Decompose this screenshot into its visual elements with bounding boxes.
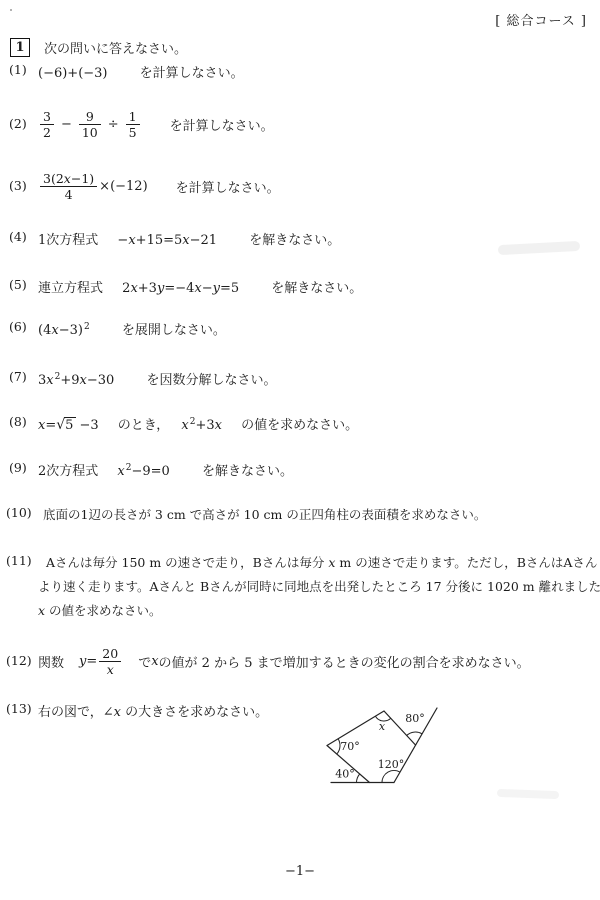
problem-8-instruction: の値を求めなさい。: [241, 418, 358, 433]
problem-7-instruction: を因数分解しなさい。: [146, 373, 276, 388]
problem-13-text-b: の大きさを求めなさい。: [121, 705, 268, 720]
problem-12-equation: y=: [79, 654, 97, 669]
variable-x: x: [114, 705, 121, 720]
exam-page: [ 総合コース ] 1 次の問いに答えなさい。 (1) (−6)+(−3) を計…: [0, 0, 600, 900]
problem-9-instruction: を解きなさい。: [202, 464, 293, 479]
figure-angle-x-label: x: [379, 720, 386, 733]
figure-edge-lower-left: [327, 746, 370, 783]
problem-6-number: (6): [9, 319, 27, 334]
problem-3-number: (3): [9, 178, 27, 193]
problem-8-expression-c: x: [181, 418, 188, 433]
fraction: 3(2x−1) 4: [40, 171, 97, 202]
problem-2-instruction: を計算しなさい。: [170, 115, 274, 134]
problem-12-tail: で: [138, 652, 151, 671]
problem-9-lead: 2次方程式: [38, 464, 98, 479]
problem-9-equation-b: −9=0: [132, 464, 170, 479]
problem-11-number: (11): [6, 553, 32, 568]
figure-edge-left-top: [327, 711, 416, 746]
arc-angle-70: [337, 739, 340, 754]
problem-8-expression-b: −3: [79, 418, 98, 433]
problem-3-instruction: を計算しなさい。: [176, 177, 280, 196]
problem-4-lead: 1次方程式: [38, 233, 98, 248]
problem-10-number: (10): [6, 505, 32, 520]
scan-artifact: [498, 241, 580, 255]
course-label: [ 総合コース ]: [495, 10, 587, 29]
fraction: 3 2: [40, 109, 54, 140]
radical-sign: √: [56, 417, 64, 433]
divide-operator: ÷: [108, 117, 119, 132]
problem-7-expression: 3x: [38, 373, 54, 388]
figure-rising-line: [394, 708, 437, 783]
problem-9-number: (9): [9, 460, 27, 475]
fraction: 20 x: [99, 646, 121, 677]
arc-angle-80: [407, 732, 422, 735]
problem-11-line3: の値を求めなさい。: [45, 603, 161, 618]
variable-x: x: [38, 603, 45, 618]
arc-angle-120: [382, 770, 400, 782]
problem-6-instruction: を展開しなさい。: [122, 323, 226, 338]
problem-5-number: (5): [9, 277, 27, 292]
variable-x: x: [151, 654, 158, 669]
problem-13-number: (13): [6, 701, 32, 716]
problem-3-multiplier: ×(−12): [99, 179, 147, 194]
scan-speck: [10, 9, 12, 11]
problem-4-number: (4): [9, 229, 27, 244]
problem-9-equation: x: [117, 464, 124, 479]
radicand: 5: [64, 417, 76, 433]
problem-13-text: 右の図で，∠: [38, 705, 114, 720]
fraction: 1 5: [126, 109, 140, 140]
page-number: −1−: [0, 864, 600, 879]
problem-8-expression: x=: [38, 418, 56, 433]
problem-8-middle-text: のとき，: [118, 418, 169, 433]
problem-8-expression-d: +3x: [195, 418, 222, 433]
problem-4-equation: −x+15=5x−21: [117, 233, 217, 248]
problem-7-number: (7): [9, 369, 27, 384]
fraction: 9 10: [79, 109, 101, 140]
problem-12-tail-b: の値が 2 から 5 まで増加するときの変化の割合を求めなさい。: [159, 652, 530, 671]
figure-angle-80-label: 80°: [405, 712, 425, 725]
problem-4-instruction: を解きなさい。: [249, 233, 340, 248]
problem-12-number: (12): [6, 653, 32, 668]
problem-5-equation: 2x+3y=−4x−y=5: [122, 281, 239, 296]
problem-7-expression-b: +9x−30: [60, 373, 114, 388]
problem-11-line1b: m の速さで走ります。ただし，BさんはAさん: [335, 555, 597, 570]
problem-8-number: (8): [9, 414, 27, 429]
figure-angle-120-label: 120°: [378, 758, 405, 771]
figure-angle-40-label: 40°: [335, 768, 355, 781]
problem-11-line1: Aさんは毎分 150 m の速さで走り，Bさんは毎分: [46, 555, 328, 570]
figure-angle-70-label: 70°: [340, 740, 360, 753]
problem-1-instruction: を計算しなさい。: [140, 66, 244, 81]
arc-angle-40: [357, 774, 360, 783]
section-number-box: 1: [10, 38, 30, 57]
problem-10-text: 底面の1辺の長さが 3 cm で高さが 10 cm の正四角柱の表面積を求めなさ…: [43, 505, 486, 523]
problem-5-lead: 連立方程式: [38, 281, 103, 296]
problem-12-lead: 関数: [38, 652, 64, 671]
problem-5-instruction: を解きなさい。: [271, 281, 362, 296]
scan-artifact: [497, 789, 559, 799]
problem-11-line2: より速く走ります。Aさんと Bさんが同時に同地点を出発したところ 17 分後に …: [38, 577, 600, 595]
arc-angle-x: [375, 716, 390, 721]
problem-2-number: (2): [9, 116, 27, 131]
problem-1-expression: (−6)+(−3): [38, 66, 108, 81]
section-instruction: 次の問いに答えなさい。: [44, 38, 187, 57]
exponent: 2: [84, 322, 90, 332]
problem-1-number: (1): [9, 62, 27, 77]
minus-operator: −: [61, 117, 72, 132]
problem-6-expression: (4x−3): [38, 323, 83, 338]
